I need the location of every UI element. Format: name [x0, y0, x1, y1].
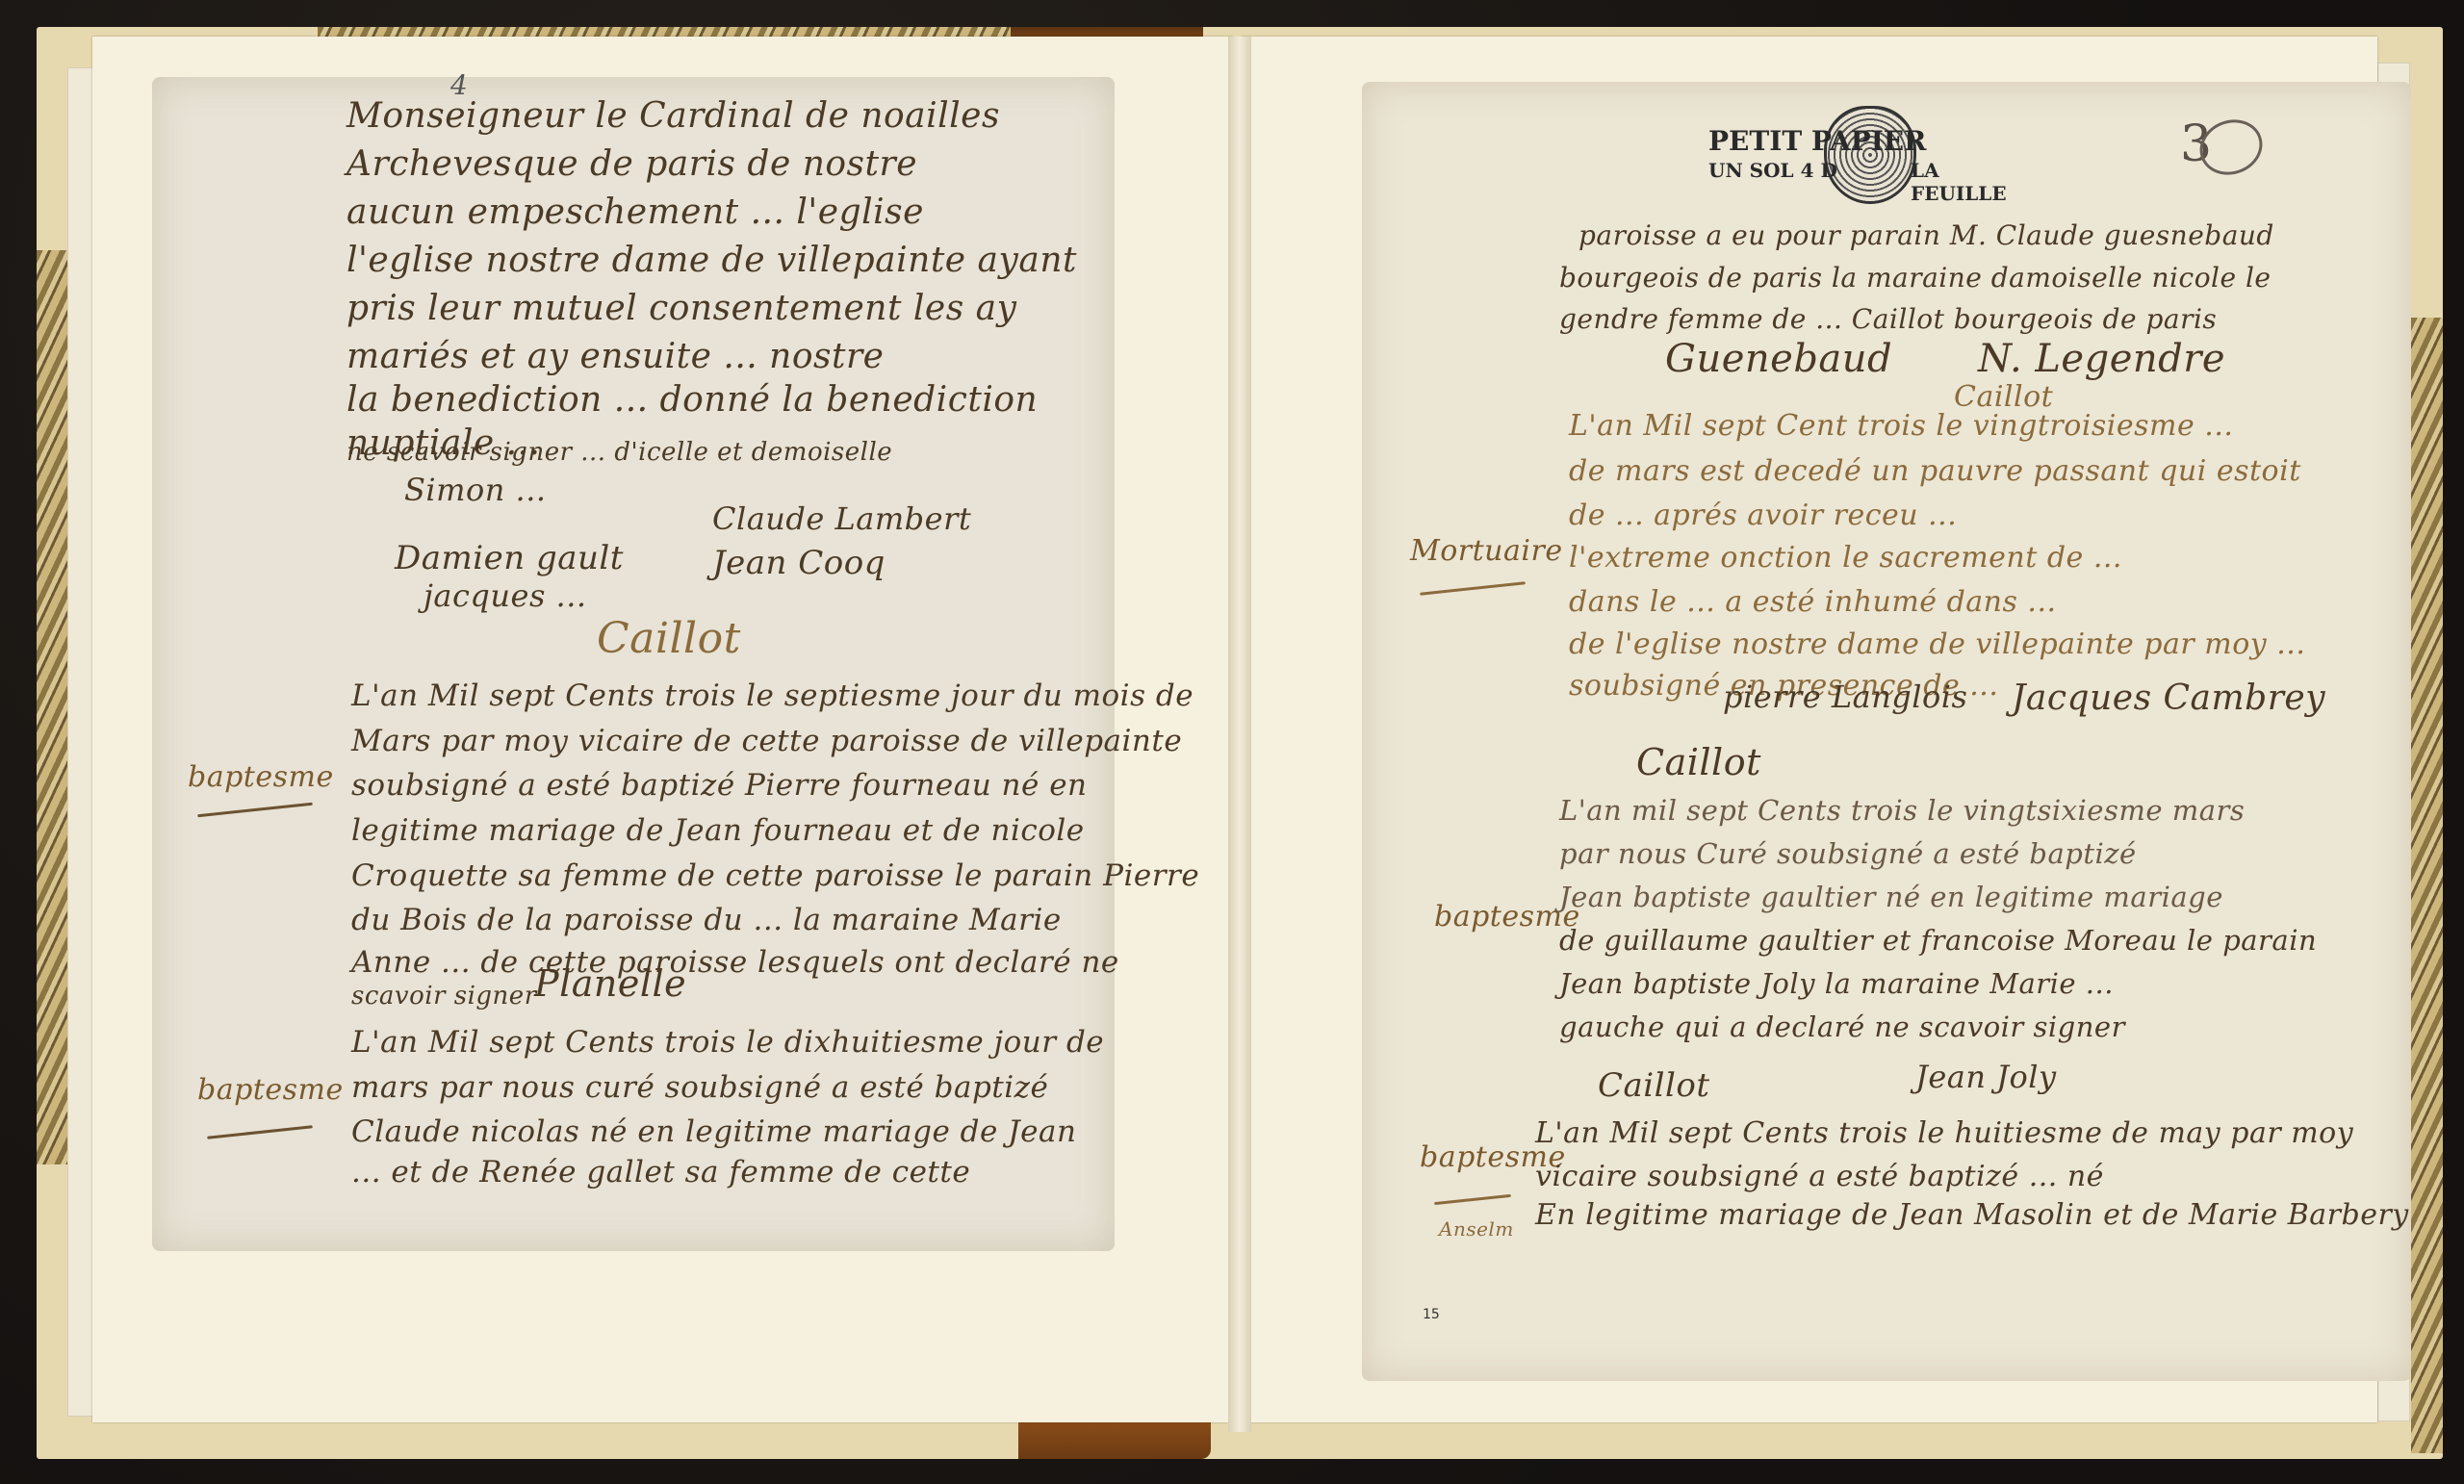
signature: Guenebaud	[1665, 337, 1892, 381]
stamp-text: UN SOL 4 D	[1708, 159, 1837, 182]
text-line: En legitime mariage de Jean Masolin et d…	[1535, 1198, 2409, 1232]
text-line: mars par nous curé soubsigné a esté bapt…	[351, 1070, 1048, 1105]
signature: pierre Langlois	[1723, 678, 1967, 715]
text-line: legitime mariage de Jean fourneau et de …	[351, 813, 1085, 848]
text-line: vicaire soubsigné a esté baptizé ... né	[1535, 1160, 2104, 1193]
signature: Damien gault	[395, 539, 624, 577]
signature: Jacques Cambrey	[2012, 678, 2325, 718]
text-line: la benediction ... donné la benediction	[346, 380, 1038, 420]
text-line: l'extreme onction le sacrement de ...	[1569, 541, 2122, 575]
text-line: paroisse a eu pour parain M. Claude gues…	[1578, 219, 2274, 251]
book-gutter	[1228, 37, 1251, 1432]
text-line: L'an Mil sept Cents trois le septiesme j…	[351, 678, 1193, 713]
text-line: l'eglise nostre dame de villepainte ayan…	[346, 241, 1077, 280]
margin-note: baptesme	[197, 1073, 344, 1107]
signature: Jean Cooq	[712, 544, 885, 582]
signature: jacques ...	[423, 577, 587, 614]
margin-note: baptesme	[1434, 900, 1580, 934]
margin-note: Mortuaire	[1410, 534, 1563, 568]
text-line: L'an Mil sept Cents trois le huitiesme d…	[1535, 1116, 2353, 1150]
text-line: Mars par moy vicaire de cette paroisse d…	[351, 724, 1182, 758]
signature: Simon ...	[404, 472, 547, 508]
text-line: de mars est decedé un pauvre passant qui…	[1569, 454, 2301, 488]
text-line: du Bois de la paroisse du ... la maraine…	[351, 903, 1062, 937]
stamp-text: LA FEUILLE	[1911, 159, 2026, 205]
signature: Caillot	[1598, 1066, 1710, 1105]
signature: Planelle	[534, 962, 686, 1005]
text-line: de l'eglise nostre dame de villepainte p…	[1569, 627, 2305, 661]
margin-note: baptesme	[188, 760, 334, 794]
text-line: pris leur mutuel consentement les ay	[346, 289, 1016, 328]
margin-note: Anselm	[1439, 1217, 1514, 1241]
text-line: Anne ... de cette paroisse lesquels ont …	[351, 945, 1119, 980]
text-line: Jean baptiste gaultier né en legitime ma…	[1559, 881, 2223, 913]
text-line: aucun empeschement ... l'eglise	[346, 192, 924, 232]
text-line: Jean baptiste Joly la maraine Marie ...	[1559, 967, 2114, 1000]
signature: N. Legendre	[1978, 337, 2225, 381]
text-line: Croquette sa femme de cette paroisse le …	[351, 858, 1199, 893]
signature: Caillot	[597, 614, 741, 663]
text-line: dans le ... a esté inhumé dans ...	[1569, 585, 2057, 619]
text-line: gendre femme de ... Caillot bourgeois de…	[1559, 303, 2217, 335]
signature: Jean Joly	[1915, 1059, 2057, 1095]
text-line: de ... aprés avoir receu ...	[1569, 499, 1957, 532]
text-line: Claude nicolas né en legitime mariage de…	[351, 1114, 1076, 1149]
text-line: Archevesque de paris de nostre	[346, 144, 917, 184]
text-line: L'an Mil sept Cents trois le dixhuitiesm…	[351, 1025, 1104, 1060]
text-line: L'an mil sept Cents trois le vingtsixies…	[1559, 794, 2245, 827]
stamp-text: PETIT PAPIER	[1708, 125, 1926, 157]
text-line: L'an Mil sept Cent trois le vingtroisies…	[1569, 409, 2233, 443]
signature: Caillot	[1636, 741, 1761, 783]
text-line: ne scavoir signer ... d'icelle et demois…	[346, 438, 892, 467]
page-number: 15	[1423, 1307, 1440, 1322]
signature: Claude Lambert	[712, 500, 971, 537]
spine-bottom	[1018, 1422, 1211, 1459]
text-line: ... et de Renée gallet sa femme de cette	[351, 1155, 970, 1190]
text-line: bourgeois de paris la maraine damoiselle…	[1559, 262, 2271, 294]
text-line: mariés et ay ensuite ... nostre	[346, 337, 884, 376]
text-line: gauche qui a declaré ne scavoir signer	[1559, 1011, 2125, 1043]
text-line: Monseigneur le Cardinal de noailles	[346, 96, 1000, 136]
text-line: de guillaume gaultier et francoise Morea…	[1559, 924, 2317, 957]
text-line: soubsigné a esté baptizé Pierre fourneau…	[351, 768, 1088, 803]
text-line: par nous Curé soubsigné a esté baptizé	[1559, 837, 2137, 870]
marbled-endpaper-right	[2411, 318, 2443, 1453]
tax-stamp: PETIT PAPIER UN SOL 4 D LA FEUILLE	[1708, 106, 2026, 202]
text-line: scavoir signer	[351, 982, 537, 1011]
